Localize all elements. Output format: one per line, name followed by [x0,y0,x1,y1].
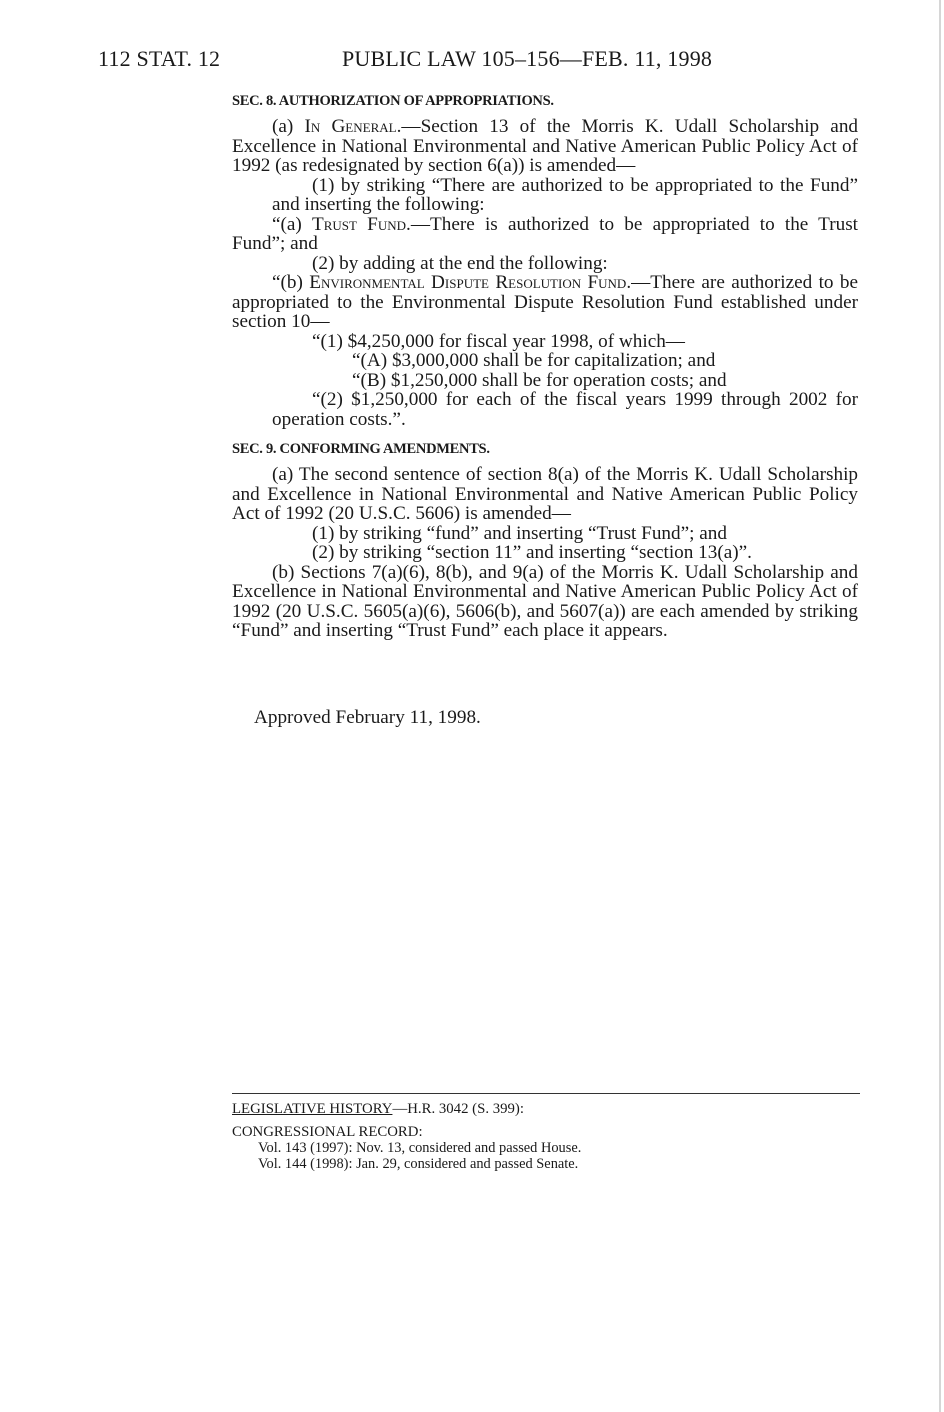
sec8-quoted-b-1: “(1) $4,250,000 for fiscal year 1998, of… [232,332,858,352]
quoted-b1A-text: “(A) $3,000,000 shall be for capitalizat… [352,350,715,371]
sec9-subsection-b: (b) Sections 7(a)(6), 8(b), and 9(a) of … [232,563,858,641]
stat-citation: 112 STAT. 12 [98,46,220,72]
sec8-paragraph-1: (1) by striking “There are authorized to… [232,176,858,215]
quoted-b-label: “(b) [272,272,309,293]
legislative-history-title: LEGISLATIVE HISTORY—H.R. 3042 (S. 399): [232,1101,860,1118]
section-9-heading: SEC. 9. CONFORMING AMENDMENTS. [232,440,858,459]
sec8-a-label: (a) [272,116,304,137]
congressional-record-entry: Vol. 143 (1997): Nov. 13, considered and… [232,1140,860,1156]
quoted-b-caption: Environmental Dispute Resolution Fund [309,272,626,293]
quoted-b1B-text: “(B) $1,250,000 shall be for operation c… [352,370,727,391]
quoted-b1-text: “(1) $4,250,000 for fiscal year 1998, of… [312,331,685,352]
running-head: 112 STAT. 12 PUBLIC LAW 105–156—FEB. 11,… [98,46,758,74]
sec8-subsection-a: (a) In General.—Section 13 of the Morris… [232,117,858,176]
document-body: SEC. 8. AUTHORIZATION OF APPROPRIATIONS.… [232,92,858,641]
sec8-quoted-b-2: “(2) $1,250,000 for each of the fiscal y… [232,390,858,429]
legislative-history-label: LEGISLATIVE HISTORY [232,1101,392,1117]
sec9-paragraph-1: (1) by striking “fund” and inserting “Tr… [232,524,858,544]
sec8-paragraph-2: (2) by adding at the end the following: [232,254,858,274]
sec9-p2-text: (2) by striking “section 11” and inserti… [312,542,752,563]
quoted-b2-text: “(2) $1,250,000 for each of the fiscal y… [272,389,858,430]
quoted-a-label: “(a) [272,214,312,235]
sec8-quoted-a: “(a) Trust Fund.—There is authorized to … [232,215,858,254]
sec8-p1-text: (1) by striking “There are authorized to… [272,175,858,216]
sec9-p1-text: (1) by striking “fund” and inserting “Tr… [312,523,727,544]
sec9-paragraph-2: (2) by striking “section 11” and inserti… [232,543,858,563]
quoted-a-caption: Trust Fund [312,214,406,235]
page-edge-line [939,0,941,1412]
sec9-subsection-a: (a) The second sentence of section 8(a) … [232,465,858,524]
congressional-record-label: CONGRESSIONAL RECORD: [232,1124,860,1141]
sec8-quoted-b-1-B: “(B) $1,250,000 shall be for operation c… [232,371,858,391]
approval-date: Approved February 11, 1998. [254,707,481,729]
legislative-history-bill: —H.R. 3042 (S. 399): [392,1101,524,1117]
sec9-a-text: (a) The second sentence of section 8(a) … [232,464,858,524]
legislative-history: LEGISLATIVE HISTORY—H.R. 3042 (S. 399): … [232,1101,860,1172]
sec8-p2-text: (2) by adding at the end the following: [312,253,608,274]
law-title: PUBLIC LAW 105–156—FEB. 11, 1998 [342,46,712,72]
sec8-quoted-b: “(b) Environmental Dispute Resolution Fu… [232,273,858,332]
congressional-record-entry: Vol. 144 (1998): Jan. 29, considered and… [232,1156,860,1172]
sec9-b-text: (b) Sections 7(a)(6), 8(b), and 9(a) of … [232,562,858,642]
legislative-history-rule [232,1093,860,1094]
sec8-quoted-b-1-A: “(A) $3,000,000 shall be for capitalizat… [232,351,858,371]
section-8-heading: SEC. 8. AUTHORIZATION OF APPROPRIATIONS. [232,92,858,111]
sec8-a-caption: In General [304,116,396,137]
